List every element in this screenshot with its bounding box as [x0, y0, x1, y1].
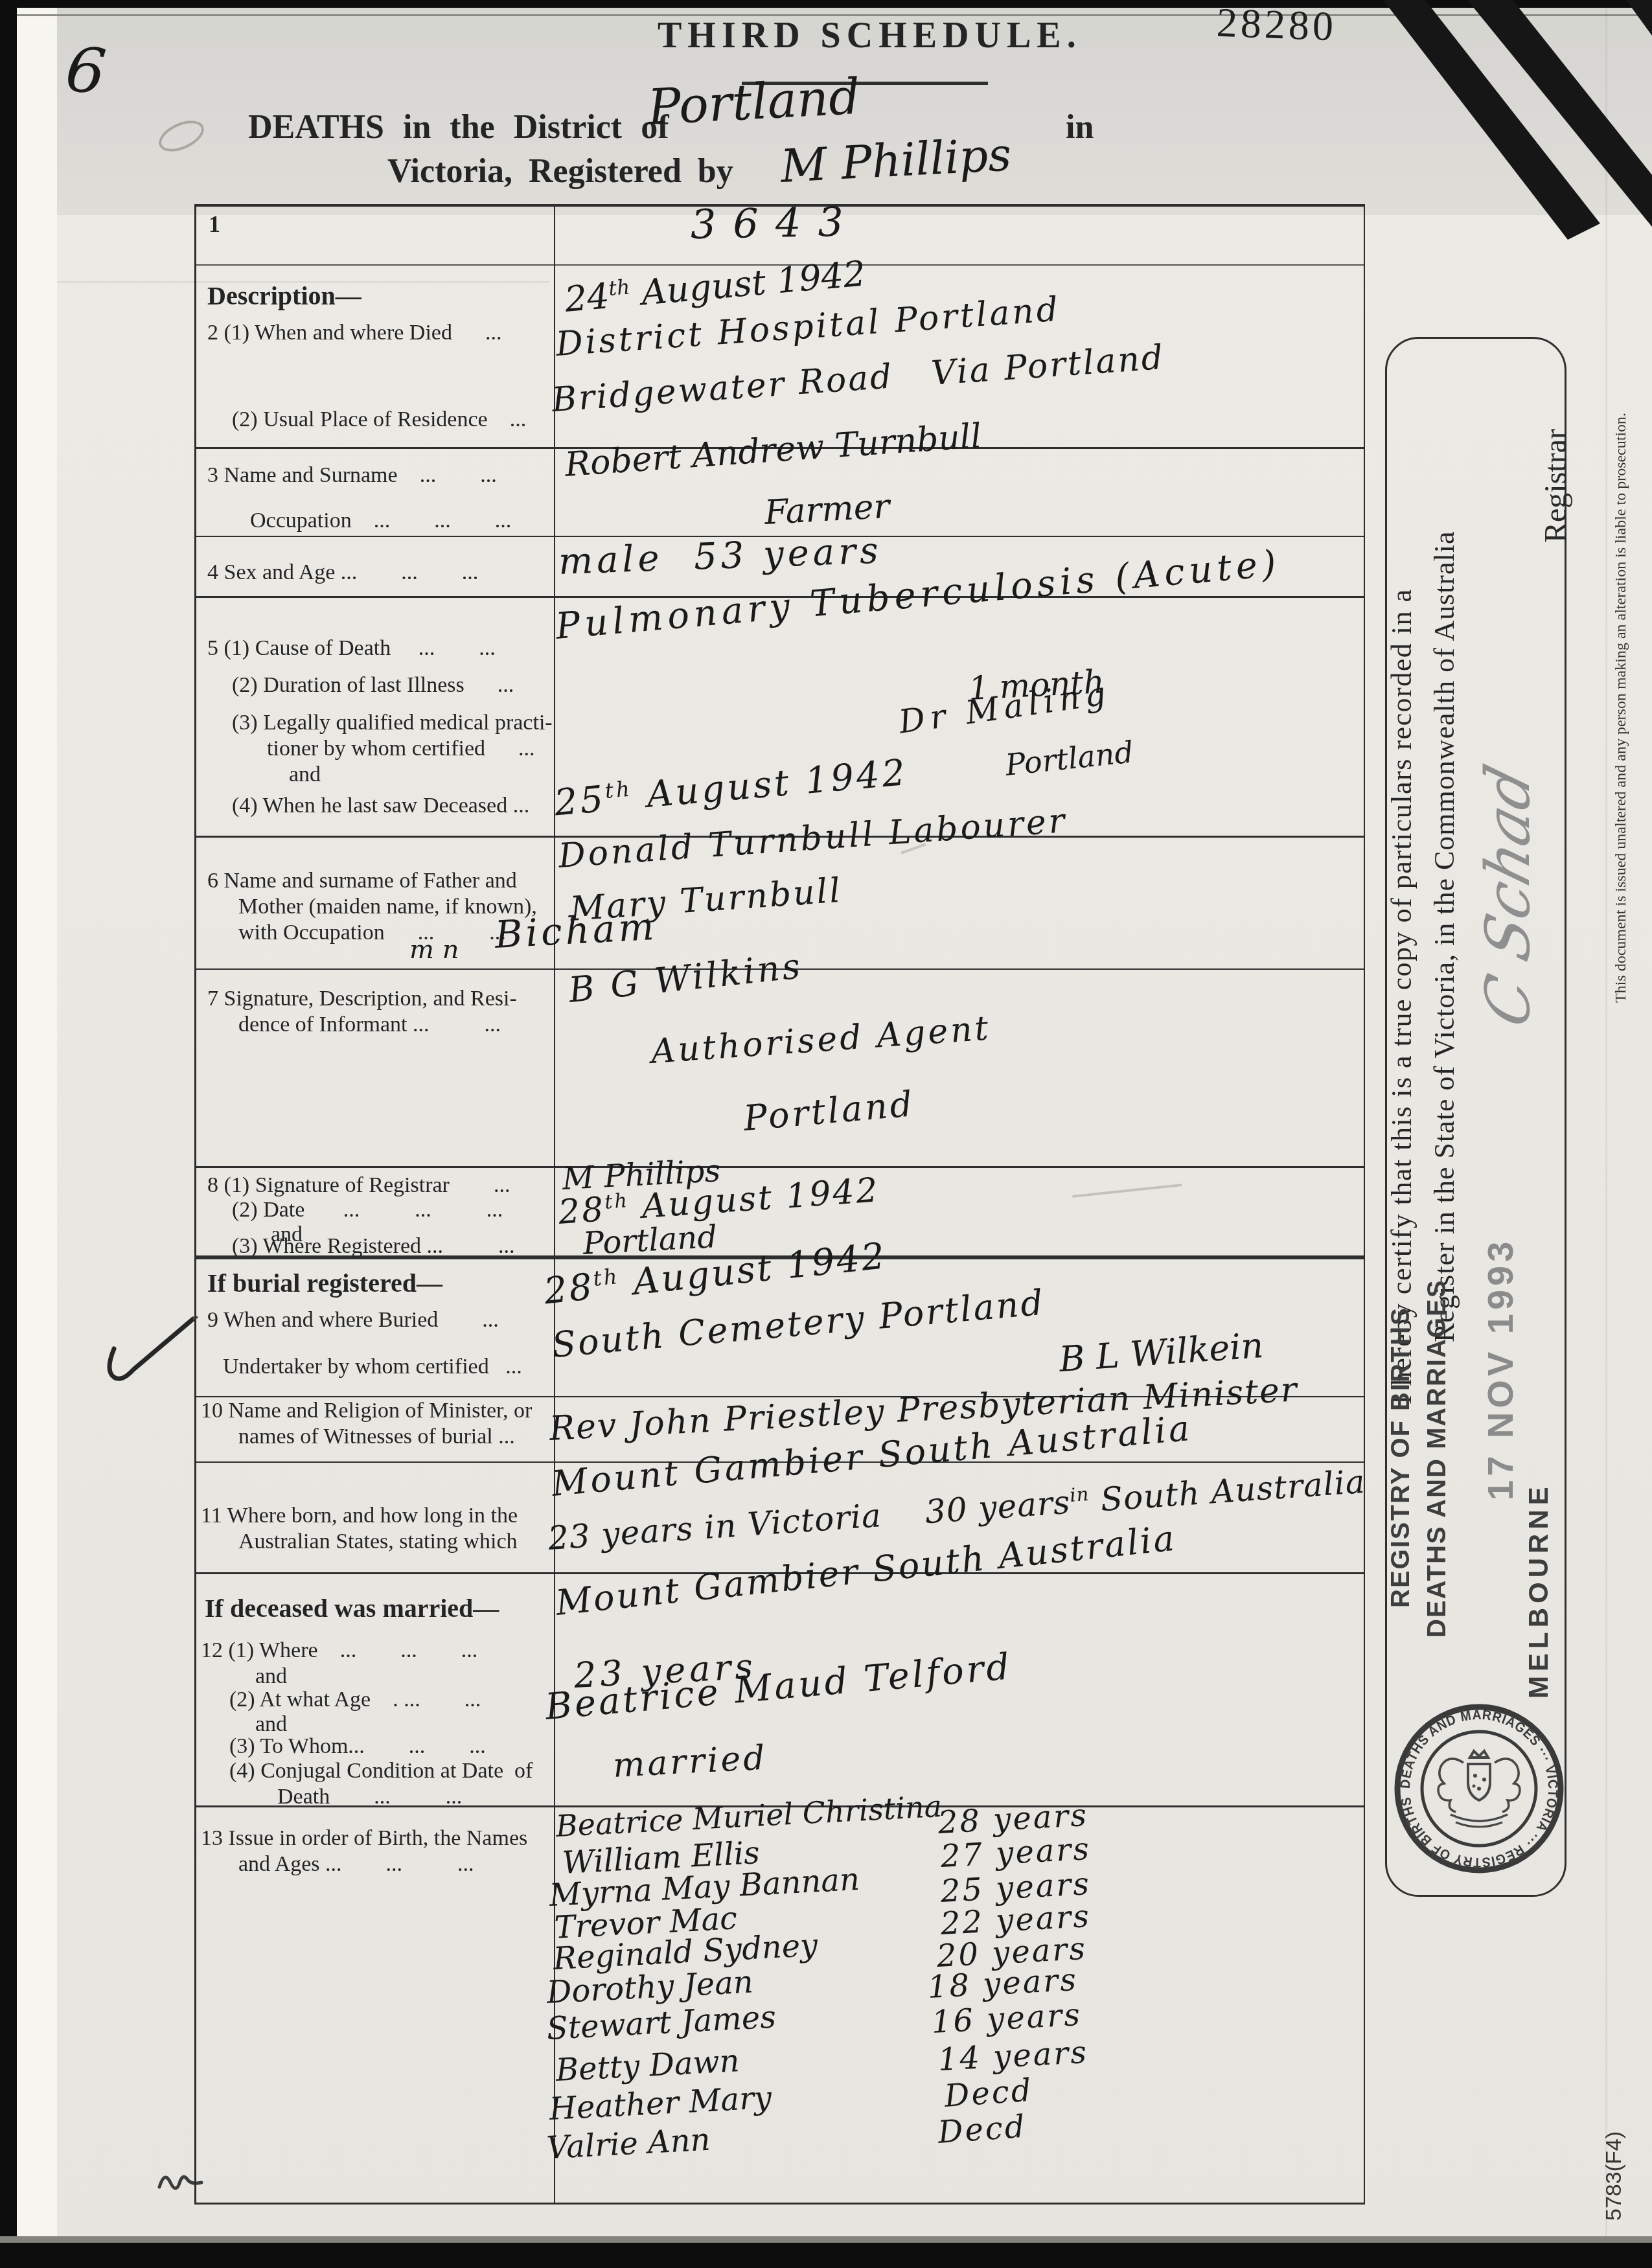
date-ordinal: th — [592, 1264, 621, 1291]
header-line2: Victoria, Registered by — [387, 154, 733, 190]
field-sex-age-value: male 53 years — [558, 533, 883, 580]
registered-by-value: M Phillips — [779, 132, 1013, 189]
issue-name: Betty Dawn — [555, 2045, 740, 2086]
date-ordinal: th — [608, 275, 631, 301]
field-conjugal-value: married — [612, 1741, 768, 1783]
field-registrar-label1: 8 (1) Signature of Registrar ... — [207, 1174, 510, 1197]
field-informant-label1: 7 Signature, Description, and Resi- — [207, 987, 517, 1011]
field-married-age-label: (2) At what Age . ... ... — [229, 1688, 481, 1712]
header-line1-suffix: in — [1066, 110, 1094, 146]
field-registrar-label2: (2) Date ... ... ... — [232, 1198, 503, 1222]
serial-number: 28280 — [1216, 1, 1337, 49]
field-informant-label2: dence of Informant ... ... — [238, 1013, 501, 1037]
field-buried-label: 9 When and where Buried ... — [207, 1309, 499, 1332]
stamp-date: 17 NOV 1993 — [1482, 1238, 1519, 1500]
born-sup: in — [1069, 1483, 1090, 1506]
certification-line2: Register in the State of Victoria, in th… — [1430, 531, 1459, 1342]
field-minister-label1: 10 Name and Religion of Minister, or — [201, 1399, 532, 1423]
field-married-whom-label: (3) To Whom... ... ... — [229, 1735, 486, 1758]
rule — [1364, 204, 1365, 2205]
field-issue-label2: and Ages ... ... ... — [238, 1853, 474, 1876]
field-born-label2: Australian States, stating which — [238, 1530, 518, 1553]
date-ordinal: th — [604, 1189, 630, 1214]
field-minister-label2: names of Witnesses of burial ... — [238, 1425, 515, 1449]
issue-age: Decd — [937, 2111, 1027, 2148]
pen-squiggle — [155, 2166, 220, 2199]
date-ordinal: th — [604, 777, 633, 804]
form-code: 5783(F4) — [1603, 2131, 1625, 2221]
field-duration-label: (2) Duration of last Illness ... — [232, 674, 514, 697]
certification-line1: I hereby certify that this is a true cop… — [1388, 588, 1416, 1404]
certification-title: Registrar — [1541, 429, 1572, 543]
column-header: 1 — [209, 212, 220, 237]
stamp-line2: DEATHS AND MARRIAGES — [1424, 1279, 1450, 1638]
stamp-place: MELBOURNE — [1525, 1482, 1552, 1699]
issue-age: 14 years — [937, 2037, 1089, 2076]
rule — [194, 204, 196, 2205]
registration-number: 3643 — [690, 201, 860, 245]
field-parents-label3: with Occupation ... ... — [238, 921, 506, 945]
field-married-and2: and — [255, 1713, 287, 1736]
date-day: 25 — [553, 778, 608, 825]
date-day: 28 — [542, 1266, 597, 1313]
field-when-died-label: 2 (1) When and where Died ... — [207, 321, 501, 345]
field-conjugal-label2: Death ... ... — [277, 1785, 462, 1809]
field-residence-label: (2) Usual Place of Residence ... — [232, 408, 526, 431]
issue-name: Valrie Ann — [546, 2124, 711, 2164]
margin-checkmark — [96, 1310, 200, 1394]
corner-stripes — [1348, 0, 1652, 259]
date-day: 24 — [563, 275, 611, 320]
field-practitioner-label3: and — [289, 763, 321, 786]
side-note: This document is issued unaltered and an… — [1613, 413, 1629, 1003]
certification-signature: C Schad — [1478, 759, 1539, 1033]
field-maiden-prefix: m n — [409, 937, 459, 963]
rule — [194, 1166, 1365, 1168]
rule — [194, 2203, 1365, 2205]
field-occupation-value: Farmer — [764, 490, 891, 530]
paper-edge — [17, 8, 57, 2243]
field-maiden-name: Bicham — [494, 908, 658, 954]
issue-age: Decd — [943, 2075, 1034, 2112]
field-born-label1: 11 Where born, and how long in the — [201, 1504, 518, 1528]
field-undertaker-label: Undertaker by whom certified ... — [223, 1355, 522, 1379]
section-description: Description— — [207, 282, 361, 310]
issue-age: 16 years — [931, 1999, 1083, 2038]
field-married-where-label: 12 (1) Where ... ... ... — [201, 1639, 477, 1662]
crease-vertical — [1605, 8, 1607, 2236]
field-married-and1: and — [255, 1665, 287, 1688]
coat-of-arms — [1438, 1751, 1520, 1827]
field-sex-age-label: 4 Sex and Age ... ... ... — [207, 561, 478, 584]
field-name-label: 3 Name and Surname ... ... — [207, 464, 497, 487]
field-cause-label: 5 (1) Cause of Death ... ... — [207, 637, 496, 660]
section-burial: If burial registered— — [207, 1270, 442, 1297]
scan-edge-bottom — [0, 2243, 1652, 2268]
field-practitioner-label: (3) Legally qualified medical practi- — [232, 711, 553, 735]
stamp-line1: REGISTRY OF BIRTHS — [1388, 1307, 1414, 1608]
scan-shadow-bottom — [0, 2236, 1652, 2243]
district-value: Portland — [647, 72, 861, 132]
field-conjugal-label1: (4) Conjugal Condition at Date of — [229, 1759, 533, 1783]
scan-edge-left — [0, 0, 17, 2268]
field-last-saw-label: (4) When he last saw Deceased ... — [232, 794, 529, 818]
margin-page-mark: 6 — [63, 38, 109, 104]
field-practitioner-label2: tioner by whom certified ... — [267, 737, 535, 761]
field-issue-label1: 13 Issue in order of Birth, the Names — [201, 1827, 527, 1850]
scanned-death-certificate: THIRD SCHEDULE. 28280 DEATHS in the Dist… — [0, 0, 1652, 2268]
header-line1: DEATHS in the District of — [248, 110, 669, 146]
field-registrar-where: Portland — [582, 1221, 718, 1259]
field-occupation-label: Occupation ... ... ... — [250, 509, 511, 533]
form-title: THIRD SCHEDULE. — [658, 17, 1082, 55]
field-parents-label1: 6 Name and surname of Father and — [207, 869, 517, 893]
registry-seal: DEATHS AND MARRIAGES ··· VICTORIA ··· RE… — [1392, 1701, 1566, 1876]
section-marriage: If deceased was married— — [205, 1595, 499, 1622]
field-registrar-label4: (3) Where Registered ... ... — [232, 1235, 515, 1258]
field-parents-label2: Mother (maiden name, if known), — [238, 895, 537, 919]
